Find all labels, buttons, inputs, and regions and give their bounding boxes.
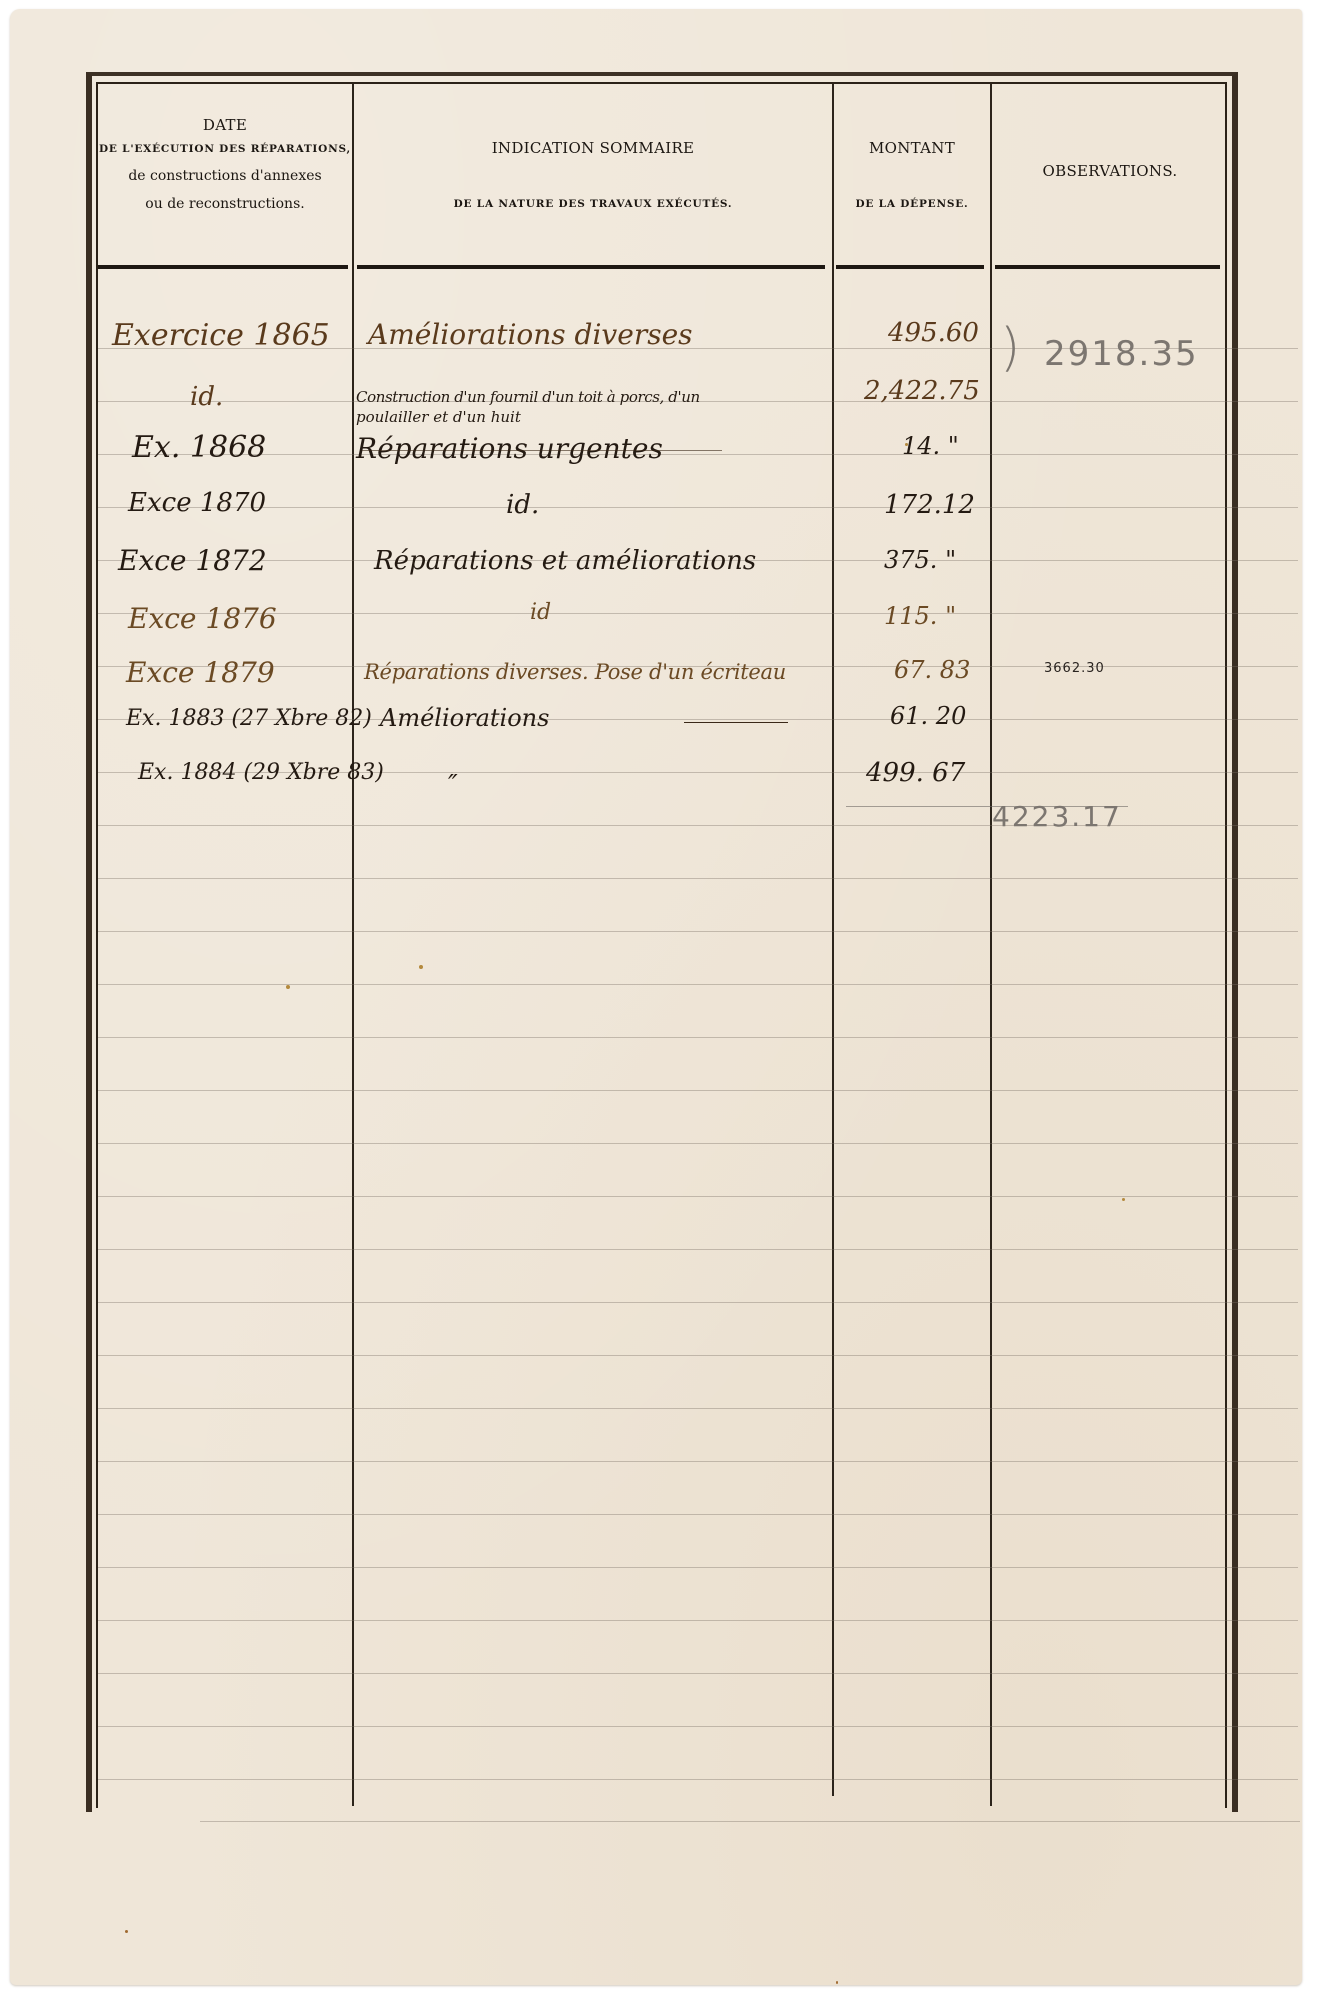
header-date-line3: de constructions d'annexes (98, 162, 352, 190)
header-rule-observations (995, 265, 1220, 269)
entry-2-description-line1: Construction d'un fournil d'un toit à po… (356, 388, 700, 406)
column-divider-amount-observations (990, 84, 992, 1806)
header-observations-title: OBSERVATIONS. (992, 160, 1228, 182)
column-divider-date-description (352, 84, 354, 1806)
entry-8-dash (684, 722, 788, 723)
header-amount-subtitle: DE LA DÉPENSE. (834, 193, 990, 215)
entry-8-date: Ex. 1883 (27 Xbre 82) (126, 706, 372, 731)
header-description-subtitle: DE LA NATURE DES TRAVAUX EXÉCUTÉS. (354, 193, 832, 215)
entry-4-description: id. (506, 490, 539, 520)
entry-9-amount: 499. 67 (866, 758, 965, 788)
entry-7-amount: 67. 83 (894, 656, 970, 684)
header-amount-column: MONTANT DE LA DÉPENSE. (834, 137, 990, 215)
header-date-subtitle: DE L'EXÉCUTION DES RÉPARATIONS, (98, 136, 352, 162)
header-rule-amount (836, 265, 984, 269)
header-description-column: INDICATION SOMMAIRE DE LA NATURE DES TRA… (354, 137, 832, 215)
header-date-column: DATE DE L'EXÉCUTION DES RÉPARATIONS, de … (98, 114, 352, 218)
entry-8-amount: 61. 20 (890, 702, 966, 730)
entry-3-date: Ex. 1868 (132, 430, 266, 465)
entry-2-description-line2: poulailler et d'un huit (356, 408, 521, 426)
entry-4-date: Exce 1870 (128, 488, 266, 518)
entry-5-date: Exce 1872 (118, 544, 267, 577)
entry-3-amount: 14. " (902, 432, 959, 460)
header-date-line4: ou de reconstructions. (98, 190, 352, 218)
entry-6-description: id (530, 600, 551, 625)
entry-1-amount: 495.60 (888, 318, 979, 348)
entry-4-amount: 172.12 (884, 490, 975, 520)
entry-1-description: Améliorations diverses (368, 318, 693, 351)
observation-subtotal-1: 2918.35 (1044, 334, 1199, 374)
entry-6-amount: 115. " (884, 602, 956, 630)
header-description-title: INDICATION SOMMAIRE (354, 137, 832, 159)
entry-5-description: Réparations et améliorations (374, 546, 756, 576)
entry-5-amount: 375. " (884, 546, 956, 574)
entry-9-date: Ex. 1884 (29 Xbre 83) (138, 760, 384, 785)
entry-1-date: Exercice 1865 (112, 318, 330, 353)
header-amount-title: MONTANT (834, 137, 990, 159)
entry-7-date: Exce 1879 (126, 656, 275, 689)
header-rule-date (98, 265, 348, 269)
header-observations-column: OBSERVATIONS. (992, 160, 1228, 182)
observation-grand-total: 4223.17 (992, 800, 1122, 833)
entry-3-underline (362, 450, 722, 451)
header-date-title: DATE (98, 114, 352, 136)
observation-subtotal-2: 3662.30 (1044, 661, 1105, 676)
entry-3-description: Réparations urgentes (356, 432, 663, 465)
entry-2-amount: 2,422.75 (864, 376, 980, 406)
entry-8-description: Améliorations (380, 704, 549, 732)
entry-2-date: id. (190, 382, 223, 412)
entry-7-description: Réparations diverses. Pose d'un écriteau (364, 660, 786, 684)
observation-bracket: ) (1000, 318, 1020, 378)
entry-9-description: ″ (448, 770, 458, 800)
entry-6-date: Exce 1876 (128, 602, 277, 635)
column-divider-description-amount (832, 84, 834, 1796)
header-rule-description (357, 265, 825, 269)
